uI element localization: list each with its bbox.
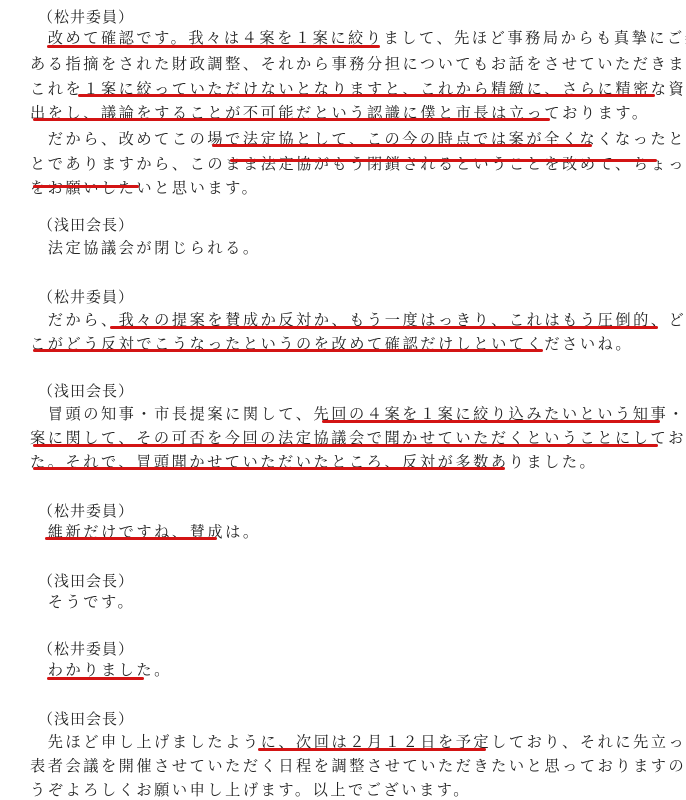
highlight-underline [47,45,380,48]
speaker-label: （浅田会長） [38,380,134,401]
highlight-underline [258,748,486,751]
highlight-underline [33,349,543,352]
highlight-underline [322,420,660,423]
highlight-underline [110,326,658,329]
text-line: うぞよろしくお願い申し上げます。以上でございます。 [30,780,471,800]
highlight-underline [47,677,144,680]
speaker-label: （松井委員） [38,638,134,659]
text-line: ある指摘をされた財政調整、それから事務分担についてもお話をさせていただきましたが… [30,54,686,74]
text-line: とでありますから、このまま法定協がもう閉鎖されるということを改めて、ちょっと議決 [30,154,686,174]
highlight-underline [78,94,655,97]
text-line: そうです。 [30,592,135,612]
highlight-underline [33,185,139,188]
highlight-underline [230,159,657,162]
speaker-label: （浅田会長） [38,708,134,729]
speaker-label: （松井委員） [38,6,134,27]
highlight-underline [212,144,592,147]
highlight-underline [45,537,217,540]
highlight-underline [33,444,658,447]
text-line: 法定協議会が閉じられる。 [30,238,261,258]
speaker-label: （松井委員） [38,286,134,307]
text-line: 表者会議を開催させていただく日程を調整させていただきたいと思っておりますので、ど [30,756,686,776]
speaker-label: （浅田会長） [38,214,134,235]
highlight-underline [33,467,505,470]
speaker-label: （浅田会長） [38,570,134,591]
highlight-underline [33,118,550,121]
transcript-document: （松井委員） 改めて確認です。我々は４案を１案に絞りまして、先ほど事務局からも真… [0,0,686,800]
speaker-label: （松井委員） [38,500,134,521]
text-line: をお願いしたいと思います。 [30,178,259,198]
